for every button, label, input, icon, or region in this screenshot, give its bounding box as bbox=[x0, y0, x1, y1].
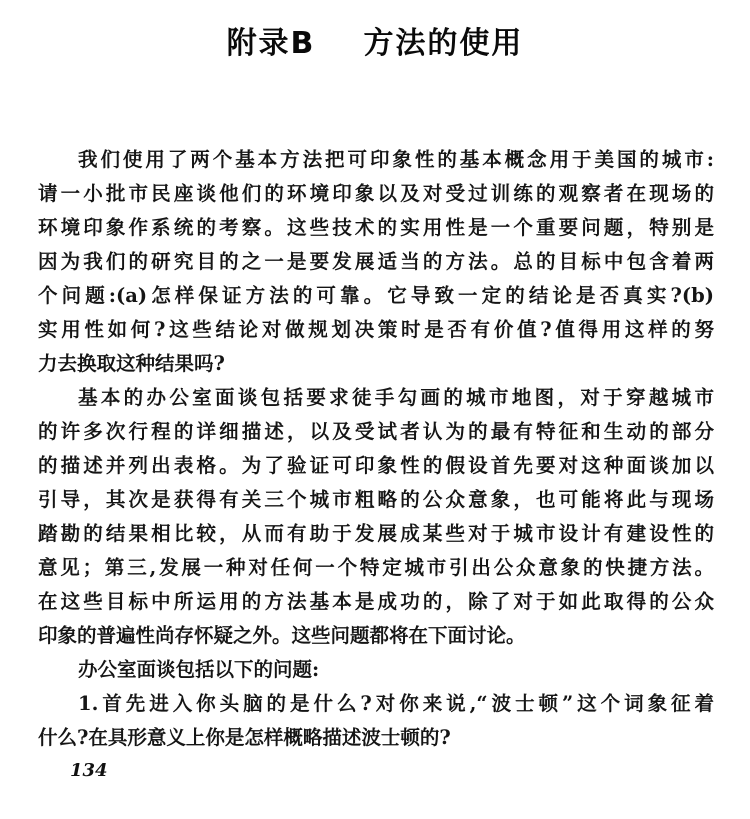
text-line: 因为我们的研究目的之一是要发展适当的方法。总的目标中包含着两 bbox=[38, 248, 714, 276]
title-prefix: 附录B bbox=[227, 26, 316, 61]
text-line: 实用性如何?这些结论对做规划决策时是否有价值?值得用这样的努 bbox=[38, 316, 714, 344]
text-line: 什么?在具形意义上你是怎样概略描述波士顿的? bbox=[38, 724, 714, 752]
text-line: 引导，其次是获得有关三个城市粗略的公众意象，也可能将此与现场 bbox=[38, 486, 714, 514]
text-line: 的许多次行程的详细描述，以及受试者认为的最有特征和生动的部分 bbox=[38, 418, 714, 446]
page-title: 附录B方法的使用 bbox=[0, 18, 750, 62]
text-line: 踏勘的结果相比较，从而有助于发展成某些对于城市设计有建设性的 bbox=[38, 520, 714, 548]
text-line: 个问题:(a)怎样保证方法的可靠。它导致一定的结论是否真实?(b) bbox=[38, 282, 714, 310]
text-line: 在这些目标中所运用的方法基本是成功的，除了对于如此取得的公众 bbox=[38, 588, 714, 616]
text-line: 的描述并列出表格。为了验证可印象性的假设首先要对这种面谈加以 bbox=[38, 452, 714, 480]
text-line: 请一小批市民座谈他们的环境印象以及对受过训练的观察者在现场的 bbox=[38, 180, 714, 208]
text-line: 力去换取这种结果吗? bbox=[38, 350, 714, 378]
title-main: 方法的使用 bbox=[363, 26, 523, 61]
page-number: 134 bbox=[70, 760, 108, 781]
text-line: 1.首先进入你头脑的是什么?对你来说,“波士顿”这个词象征着 bbox=[78, 690, 714, 718]
text-line: 意见；第三,发展一种对任何一个特定城市引出公众意象的快捷方法。 bbox=[38, 554, 714, 582]
text-line: 办公室面谈包括以下的问题: bbox=[78, 656, 714, 684]
text-line: 基本的办公室面谈包括要求徒手勾画的城市地图，对于穿越城市 bbox=[78, 384, 714, 412]
text-line: 印象的普遍性尚存怀疑之外。这些问题都将在下面讨论。 bbox=[38, 622, 714, 650]
text-line: 我们使用了两个基本方法把可印象性的基本概念用于美国的城市: bbox=[78, 146, 714, 174]
text-line: 环境印象作系统的考察。这些技术的实用性是一个重要问题，特别是 bbox=[38, 214, 714, 242]
